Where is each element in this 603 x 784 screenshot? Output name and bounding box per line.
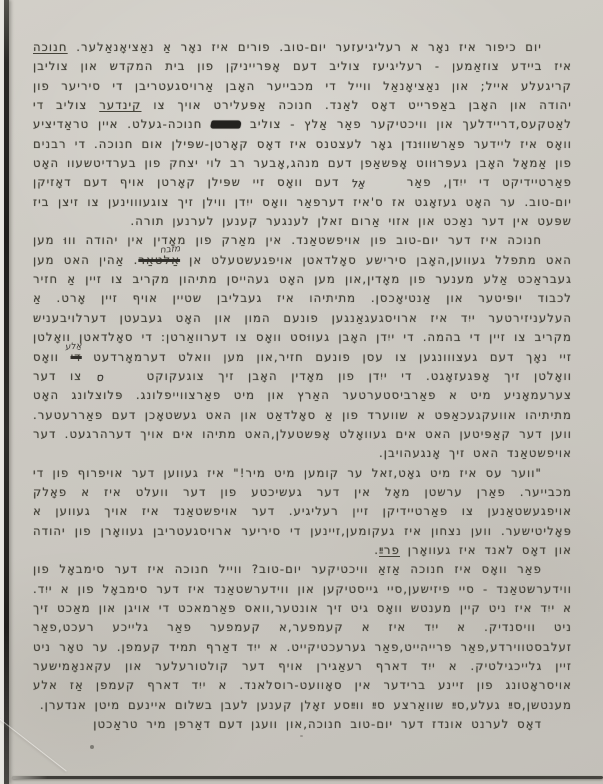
- paragraph: פאַר וואָס איז חנוכה אַזאַ וויכטיקער יום…: [33, 560, 572, 715]
- handwritten-insertion: אַל: [351, 172, 396, 194]
- handwritten-insertion: ס: [95, 366, 133, 388]
- paper-speck: [300, 735, 303, 737]
- paper-speck: [90, 745, 94, 749]
- handwritten-correction: אַלעדי: [71, 348, 82, 367]
- typed-text: יום כיפור איז נאָר א רעליגיעזער יום-טוב.…: [68, 40, 542, 54]
- scanned-page: יום כיפור איז נאָר א רעליגיעזער יום-טוב.…: [0, 0, 603, 784]
- typed-text: "ווער עס איז מיט גאָט,זאל ער קומען מיט מ…: [33, 466, 572, 557]
- handwritten-word: אַלע: [64, 337, 82, 358]
- paragraph: דאָס לערנט אונדז דער יום-טוב חנוכה,און ו…: [33, 715, 572, 734]
- handwritten-word: מזבח: [159, 240, 181, 261]
- typed-text: פאַר וואָס איז חנוכה אַזאַ וויכטיקער יום…: [33, 562, 572, 711]
- paragraph: חנוכה איז דער יום-טוב פון אויפשטאַנד. אי…: [33, 231, 572, 463]
- document-text: יום כיפור איז נאָר א רעליגיעזער יום-טוב.…: [33, 38, 572, 734]
- handwritten-correction: מזבחאַלטאַר: [138, 251, 180, 270]
- typed-text: דאָס לערנט אונדז דער יום-טוב חנוכה,און ו…: [93, 717, 542, 731]
- underlined-word: קינדער: [99, 98, 141, 112]
- scan-bottom-edge-line: [12, 776, 603, 779]
- paragraph: יום כיפור איז נאָר א רעליגיעזער יום-טוב.…: [33, 38, 572, 231]
- underlined-word: חנוכה: [33, 40, 68, 54]
- scan-edge-dark-line: [4, 0, 9, 784]
- redacted-word: [210, 121, 242, 129]
- paragraph: "ווער עס איז מיט גאָט,זאל ער קומען מיט מ…: [33, 464, 572, 561]
- typed-text: . אַהין האט מען געבראַכט אַלע מענער פון …: [33, 253, 572, 364]
- underlined-word: פרײַ: [379, 543, 400, 557]
